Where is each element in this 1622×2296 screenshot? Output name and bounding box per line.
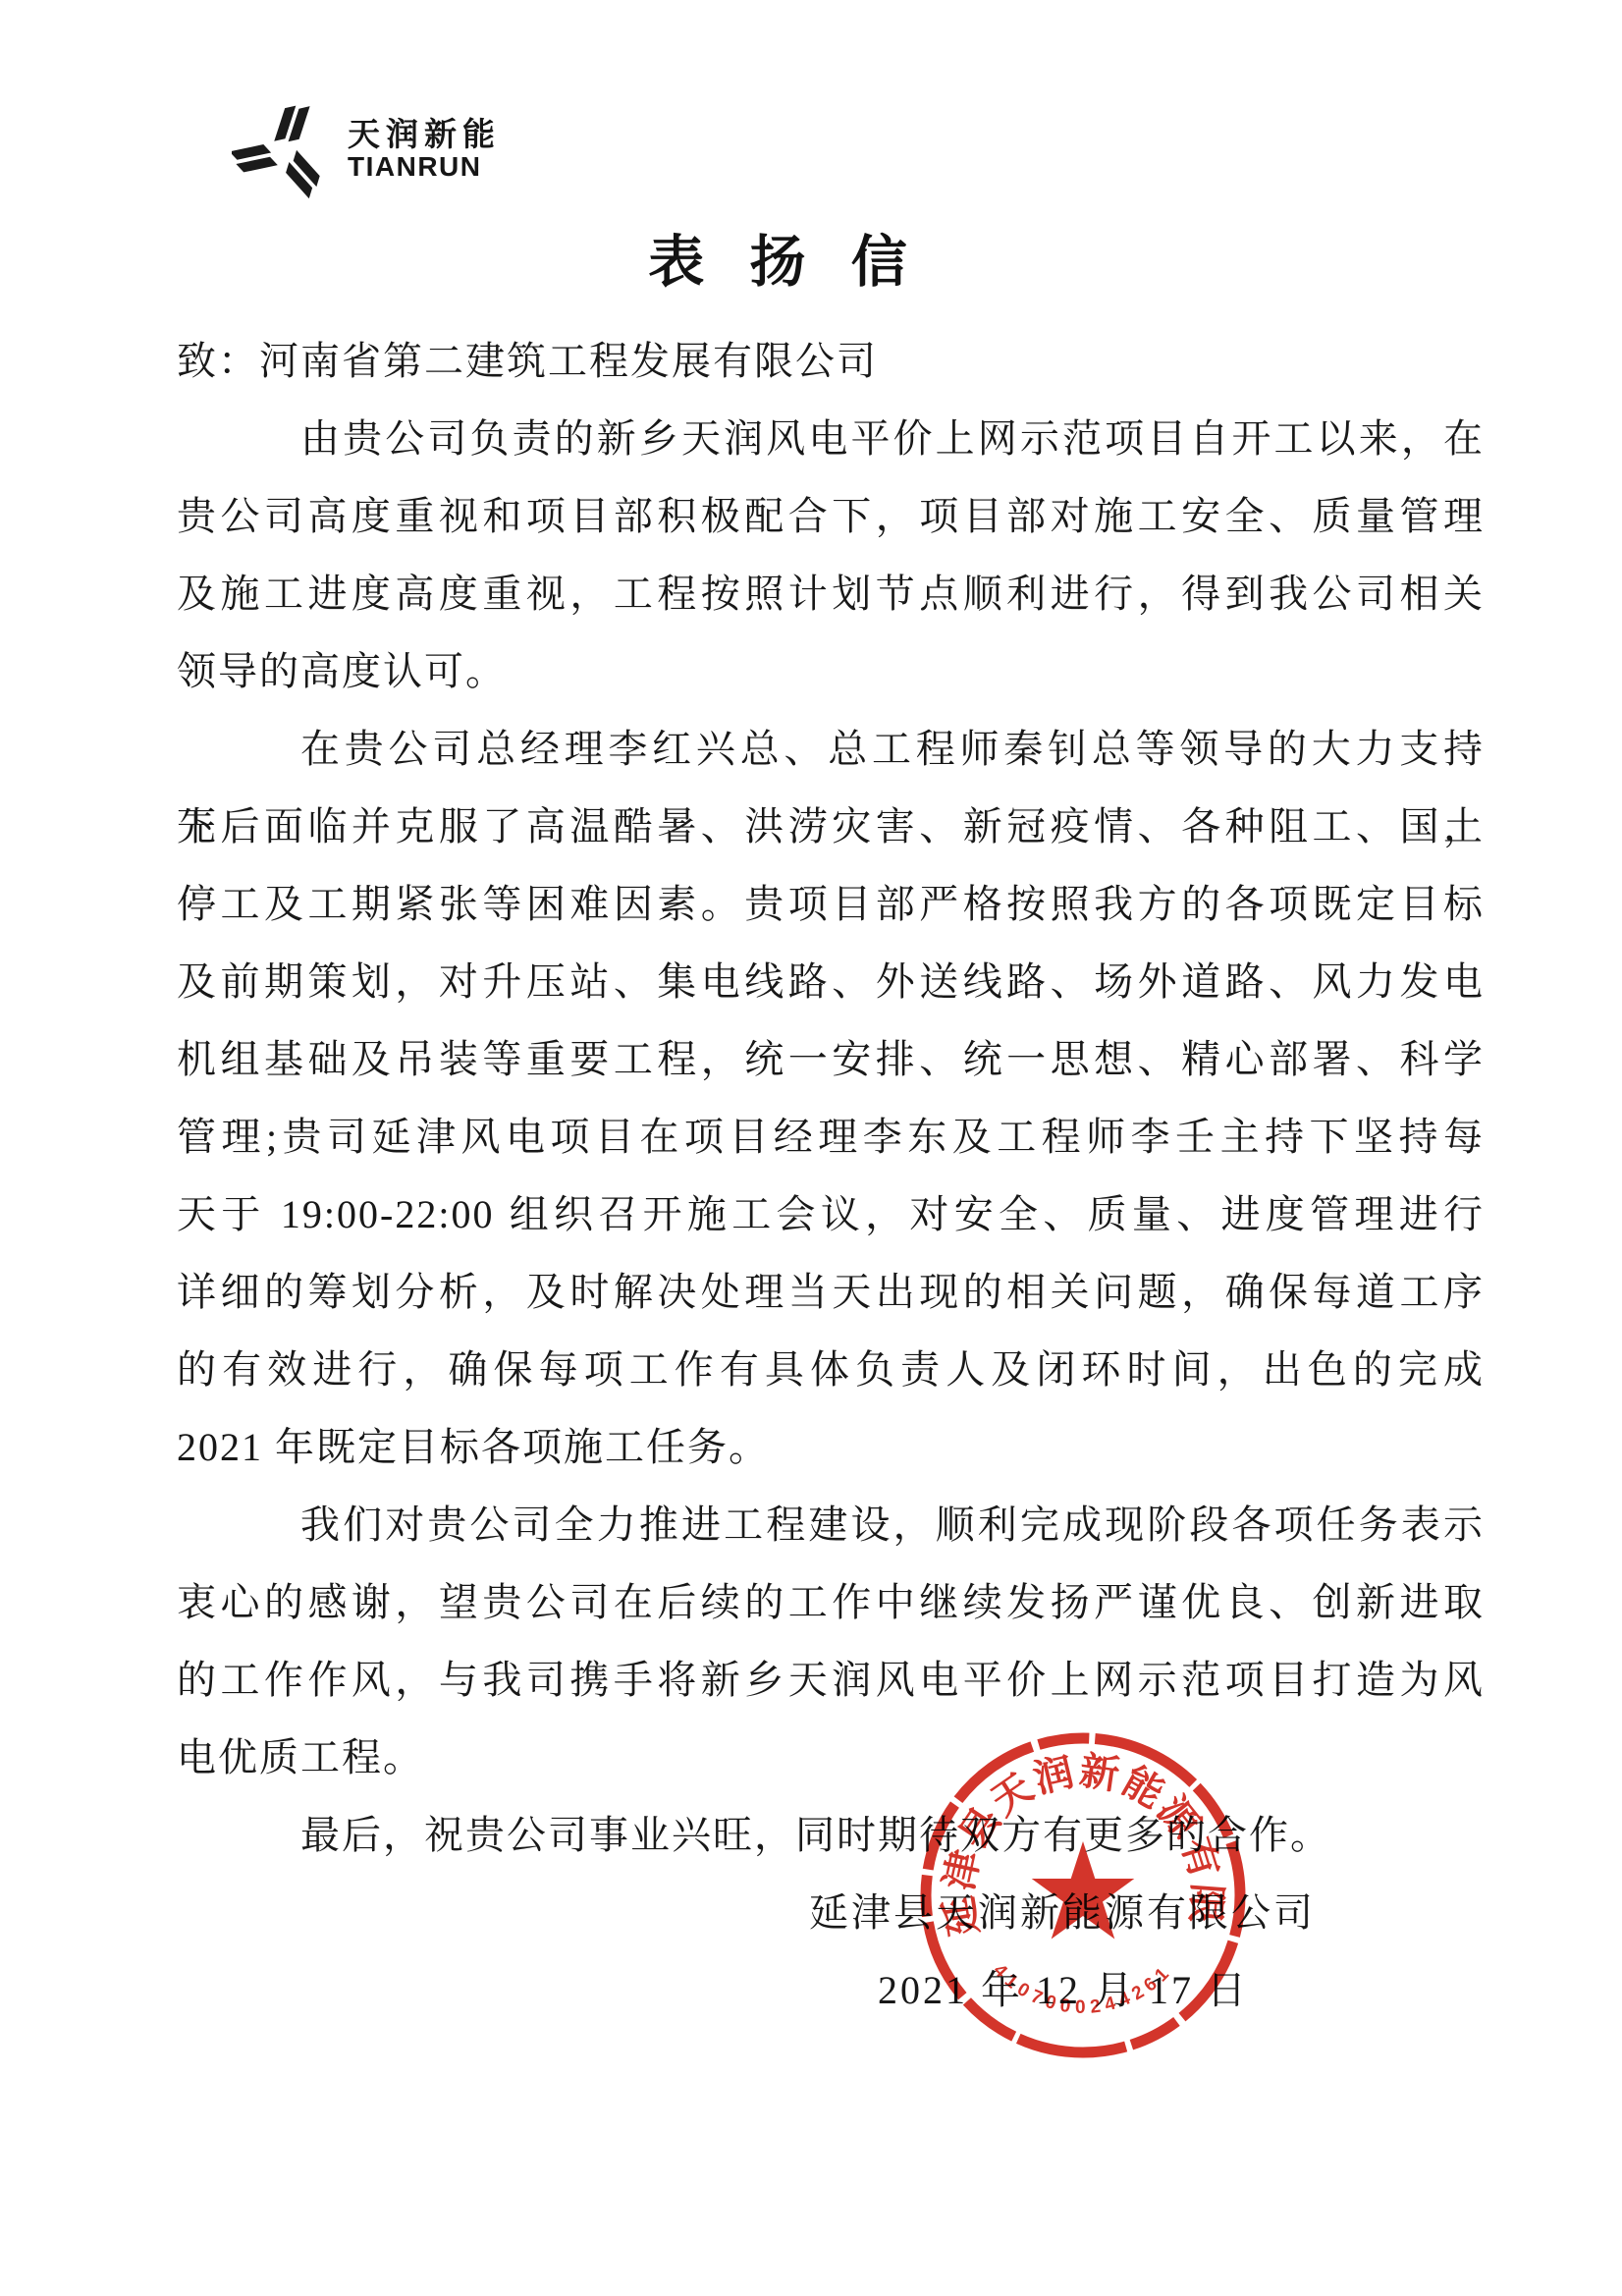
tianrun-pinwheel-icon: [232, 96, 338, 198]
letter-page: 天润新能 TIANRUN 表 扬 信 致：河南省第二建筑工程发展有限公司 由贵公…: [0, 0, 1622, 2296]
red-star-icon: [1032, 1841, 1135, 1940]
letter-line: 的工作作风，与我司携手将新乡天润风电平价上网示范项目打造为风: [177, 1641, 1485, 1719]
letter-line: 由贵公司负责的新乡天润风电平价上网示范项目自开工以来，在: [177, 400, 1485, 477]
letter-line: 贵公司高度重视和项目部积极配合下，项目部对施工安全、质量管理: [177, 477, 1485, 555]
letter-line: 天于 19:00-22:00 组织召开施工会议，对安全、质量、进度管理进行: [177, 1175, 1485, 1253]
letter-line: 2021 年既定目标各项施工任务。: [177, 1408, 1485, 1486]
letter-line: 在贵公司总经理李红兴总、总工程师秦钊总等领导的大力支持下，: [177, 710, 1485, 788]
company-seal: 延津县天润新能源有限公司 4107000244261: [906, 1719, 1260, 2072]
logo-chinese-name: 天润新能: [348, 118, 501, 151]
signature-line: 延津县天润新能源有限公司: [177, 1874, 1485, 1951]
letter-line: 我们对贵公司全力推进工程建设，顺利完成现阶段各项任务表示: [177, 1486, 1485, 1563]
date-line: 2021 年 12 月 17 日: [177, 1951, 1485, 2029]
letter-line: 及前期策划，对升压站、集电线路、外送线路、场外道路、风力发电: [177, 943, 1485, 1020]
letter-line: 先后面临并克服了高温酷暑、洪涝灾害、新冠疫情、各种阻工、国土: [177, 788, 1485, 865]
letter-line: 及施工进度高度重视，工程按照计划节点顺利进行，得到我公司相关: [177, 555, 1485, 632]
letter-line: 最后，祝贵公司事业兴旺，同时期待双方有更多的合作。: [177, 1796, 1485, 1874]
letter-line: 的有效进行，确保每项工作有具体负责人及闭环时间，出色的完成: [177, 1331, 1485, 1408]
letter-line: 衷心的感谢，望贵公司在后续的工作中继续发扬严谨优良、创新进取: [177, 1563, 1485, 1641]
letter-line: 停工及工期紧张等困难因素。贵项目部严格按照我方的各项既定目标: [177, 865, 1485, 943]
letter-line: 管理;贵司延津风电项目在项目经理李东及工程师李壬主持下坚持每: [177, 1098, 1485, 1175]
letter-line: 机组基础及吊装等重要工程，统一安排、统一思想、精心部署、科学: [177, 1020, 1485, 1098]
letter-body: 致：河南省第二建筑工程发展有限公司 由贵公司负责的新乡天润风电平价上网示范项目自…: [177, 322, 1485, 1874]
letter-paragraphs: 由贵公司负责的新乡天润风电平价上网示范项目自开工以来，在贵公司高度重视和项目部积…: [177, 400, 1485, 1874]
letter-line: 电优质工程。: [177, 1719, 1485, 1796]
logo-wordmark: 天润新能 TIANRUN: [348, 118, 501, 182]
letter-line: 领导的高度认可。: [177, 632, 1485, 710]
seal-serial-number: 4107000244261: [989, 1960, 1176, 2018]
recipient-line: 致：河南省第二建筑工程发展有限公司: [177, 322, 1485, 400]
letter-line: 详细的筹划分析，及时解决处理当天出现的相关问题，确保每道工序: [177, 1253, 1485, 1331]
letter-title: 表 扬 信: [0, 226, 1571, 301]
logo-english-name: TIANRUN: [348, 152, 501, 182]
company-logo: 天润新能 TIANRUN: [232, 96, 501, 198]
